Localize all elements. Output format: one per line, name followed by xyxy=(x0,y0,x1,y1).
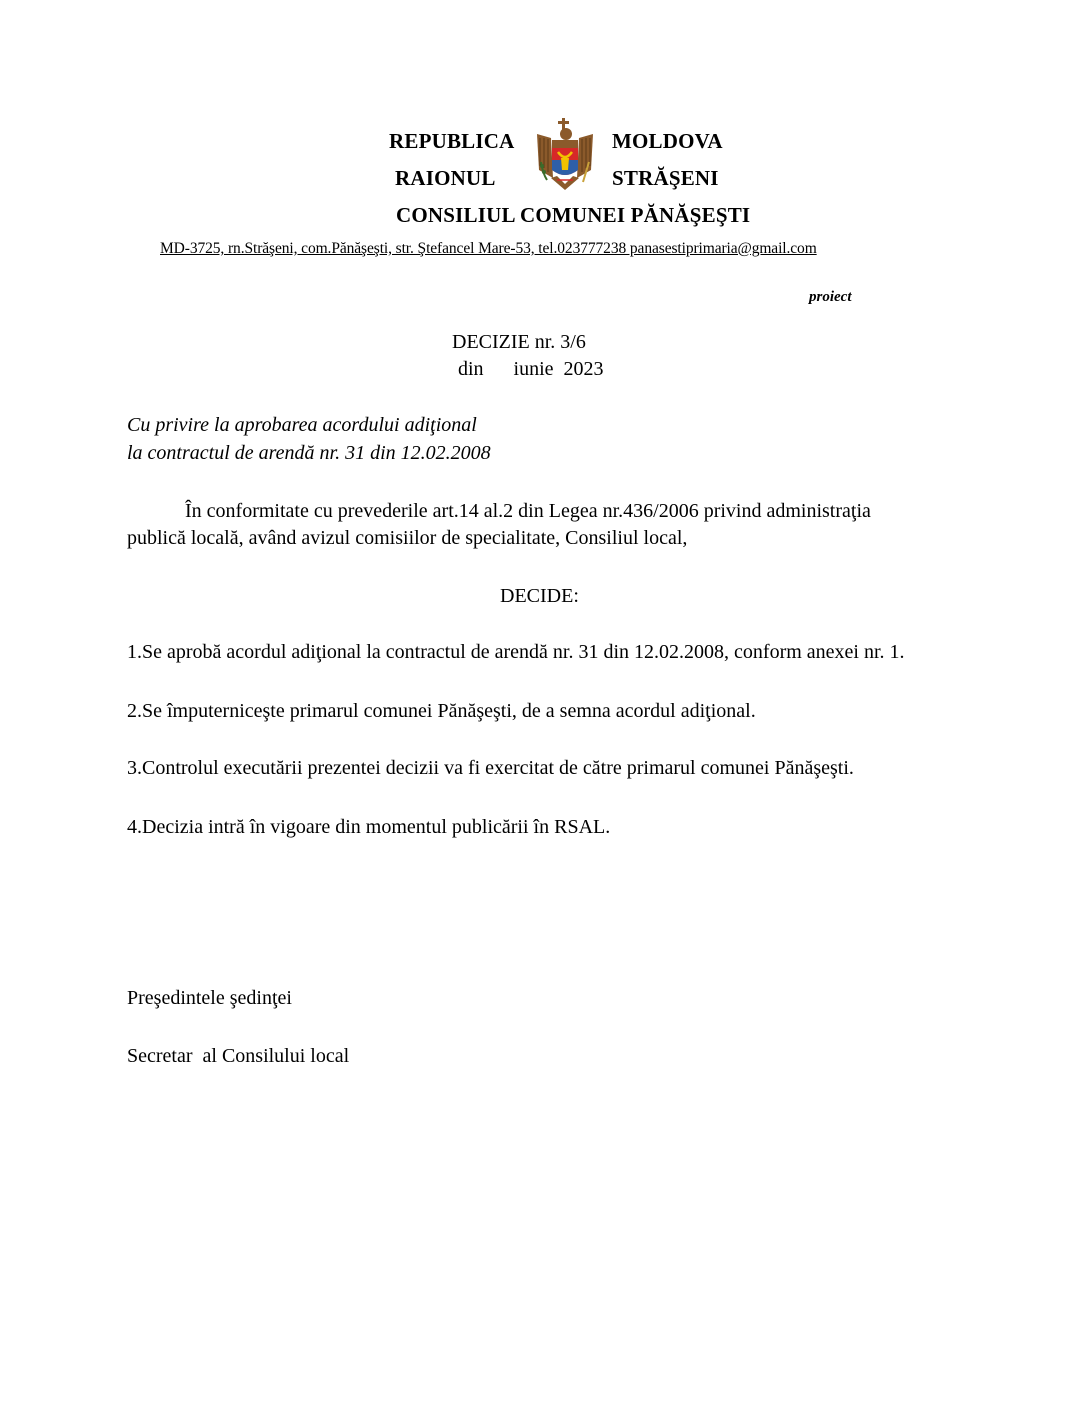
subject-line-2: la contractul de arendă nr. 31 din 12.02… xyxy=(127,442,491,465)
header-straseni: STRĂŞENI xyxy=(612,166,719,191)
signature-secretary: Secretar al Consilului local xyxy=(127,1045,349,1068)
article-3: 3.Controlul executării prezentei decizii… xyxy=(127,757,854,780)
decision-number: DECIZIE nr. 3/6 xyxy=(452,331,586,354)
article-1: 1.Se aprobă acordul adiţional la contrac… xyxy=(127,641,905,664)
preamble-line-1: În conformitate cu prevederile art.14 al… xyxy=(185,500,871,523)
header-raionul: RAIONUL xyxy=(395,166,496,191)
header-republica: REPUBLICA xyxy=(389,129,514,154)
article-2: 2.Se împuterniceşte primarul comunei Păn… xyxy=(127,700,756,723)
header-moldova: MOLDOVA xyxy=(612,129,723,154)
header-council-name: CONSILIUL COMUNEI PĂNĂŞEŞTI xyxy=(396,203,750,228)
moldova-coat-of-arms-icon xyxy=(533,118,597,192)
subject-line-1: Cu privire la aprobarea acordului adiţio… xyxy=(127,414,477,437)
preamble-line-2: publică locală, având avizul comisiilor … xyxy=(127,527,687,550)
decide-heading: DECIDE: xyxy=(500,585,579,608)
signature-chair: Preşedintele şedinţei xyxy=(127,987,292,1010)
header-address: MD-3725, rn.Străşeni, com.Pănăşeşti, str… xyxy=(160,240,817,258)
decision-date: din iunie 2023 xyxy=(458,358,604,381)
status-label: proiect xyxy=(809,289,852,306)
article-4: 4.Decizia intră în vigoare din momentul … xyxy=(127,816,610,839)
